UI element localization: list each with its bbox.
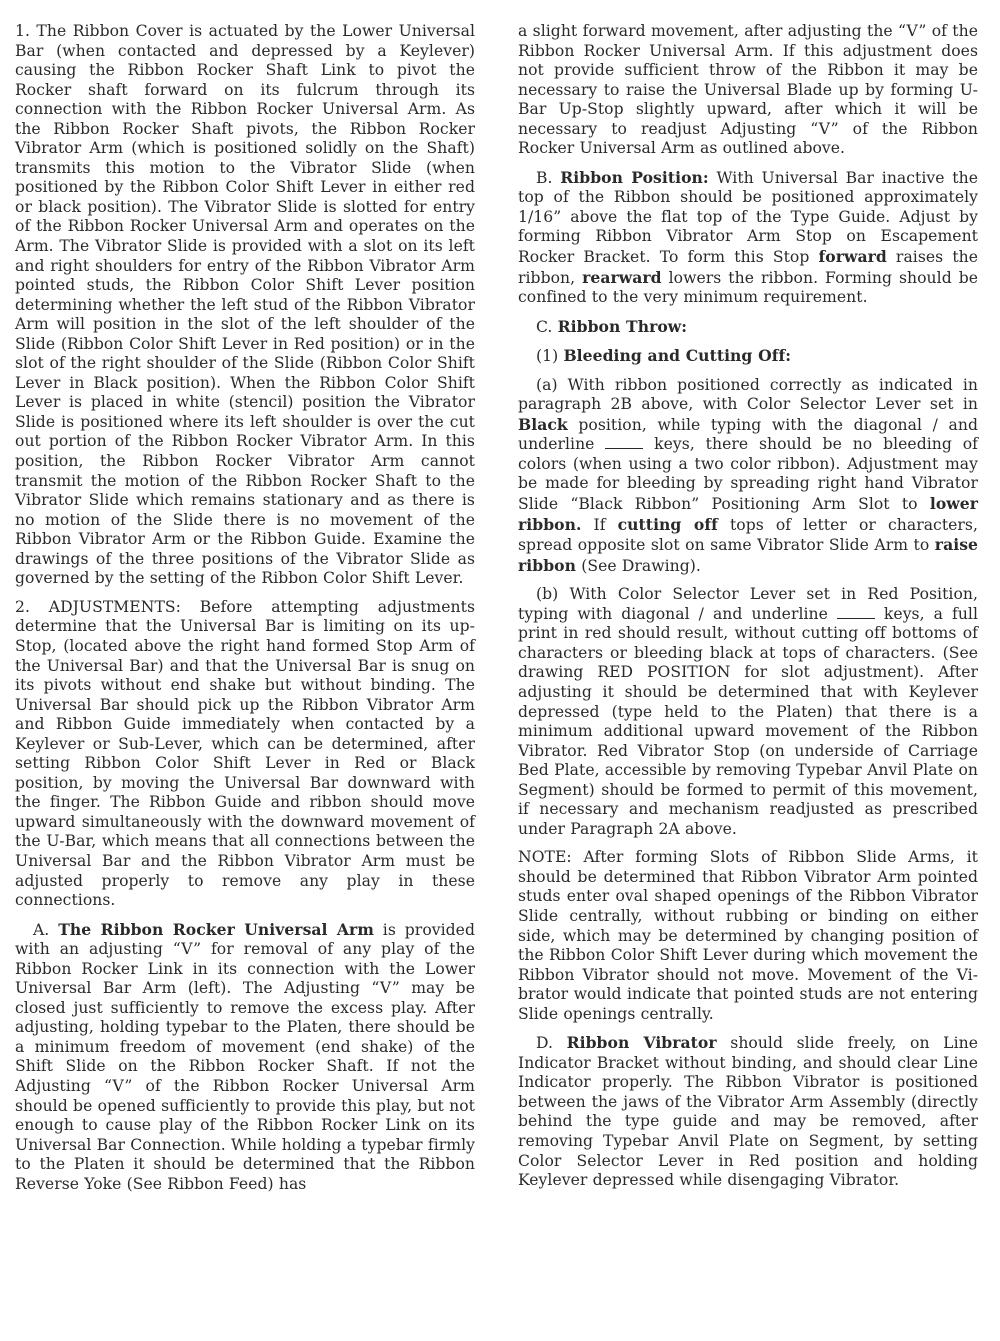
text-run: should slide freely, on Line Indicator B… bbox=[518, 1034, 978, 1189]
right-column: a slight forward movement, after adjusti… bbox=[518, 22, 978, 1191]
paragraph-note: NOTE: After forming Slots of Ribbon Slid… bbox=[518, 848, 978, 1024]
paragraph-p1-ribbon-cover: 1. The Ribbon Cover is actuated by the L… bbox=[15, 22, 475, 589]
bold-text-run: cut­ting off bbox=[618, 515, 718, 534]
text-run: (a) With ribbon positioned correctly as … bbox=[518, 376, 978, 414]
text-run: (1) bbox=[536, 347, 563, 365]
paragraph-p2b-ribbon-position: B. Ribbon Position: With Universal Bar i… bbox=[518, 168, 978, 308]
bold-text-run: forward bbox=[819, 247, 887, 266]
paragraph-p2c-ribbon-throw: C. Ribbon Throw: bbox=[518, 317, 978, 338]
bold-text-run: The Ribbon Rocker Universal Arm bbox=[58, 920, 374, 939]
paragraph-p2d-ribbon-vibrator: D. Ribbon Vibrator should slide freely, … bbox=[518, 1033, 978, 1190]
bold-text-run: Black bbox=[518, 415, 568, 434]
bold-text-run: Ribbon Vibrator bbox=[567, 1033, 717, 1052]
bold-text-run: Bleeding and Cutting Off: bbox=[563, 346, 791, 365]
underline-key-glyph bbox=[605, 436, 643, 449]
text-run: D. bbox=[536, 1034, 567, 1052]
text-run: C. bbox=[536, 318, 558, 336]
text-run: a slight forward movement, after adjusti… bbox=[518, 22, 978, 157]
paragraph-p2c1a-black: (a) With ribbon positioned correctly as … bbox=[518, 376, 978, 576]
document-page: 1. The Ribbon Cover is actuated by the L… bbox=[0, 0, 1000, 1341]
bold-text-run: Ribbon Position: bbox=[560, 168, 708, 187]
paragraph-p2-adjustments: 2. ADJUSTMENTS: Before attempting adjust… bbox=[15, 598, 475, 911]
bold-text-run: rearward bbox=[582, 268, 662, 287]
paragraph-p2a-rocker-universal-arm: A. The Ribbon Rocker Universal Arm is pr… bbox=[15, 920, 475, 1195]
text-run: 1. The Ribbon Cover is actuated by the L… bbox=[15, 22, 475, 587]
bold-text-run: Ribbon Throw: bbox=[558, 317, 687, 336]
text-run: If bbox=[581, 516, 617, 534]
text-run: keys, a full print in red should result,… bbox=[518, 605, 978, 838]
paragraph-p2a-continued: a slight forward movement, after adjusti… bbox=[518, 22, 978, 159]
text-run: NOTE: After forming Slots of Ribbon Slid… bbox=[518, 848, 978, 1022]
paragraph-p2c1-bleeding-cutting: (1) Bleeding and Cutting Off: bbox=[518, 346, 978, 367]
text-run: is provided with an adjusting “V” for re… bbox=[15, 921, 475, 1193]
left-column: 1. The Ribbon Cover is actuated by the L… bbox=[15, 22, 475, 1194]
text-run: A. bbox=[33, 921, 58, 939]
paragraph-p2c1b-red: (b) With Color Selector Lever set in Red… bbox=[518, 585, 978, 839]
underline-key-glyph bbox=[837, 606, 875, 619]
text-run: B. bbox=[536, 169, 560, 187]
text-run: (See Drawing). bbox=[576, 557, 701, 575]
text-run: 2. ADJUSTMENTS: Before attempting adjust… bbox=[15, 598, 475, 909]
